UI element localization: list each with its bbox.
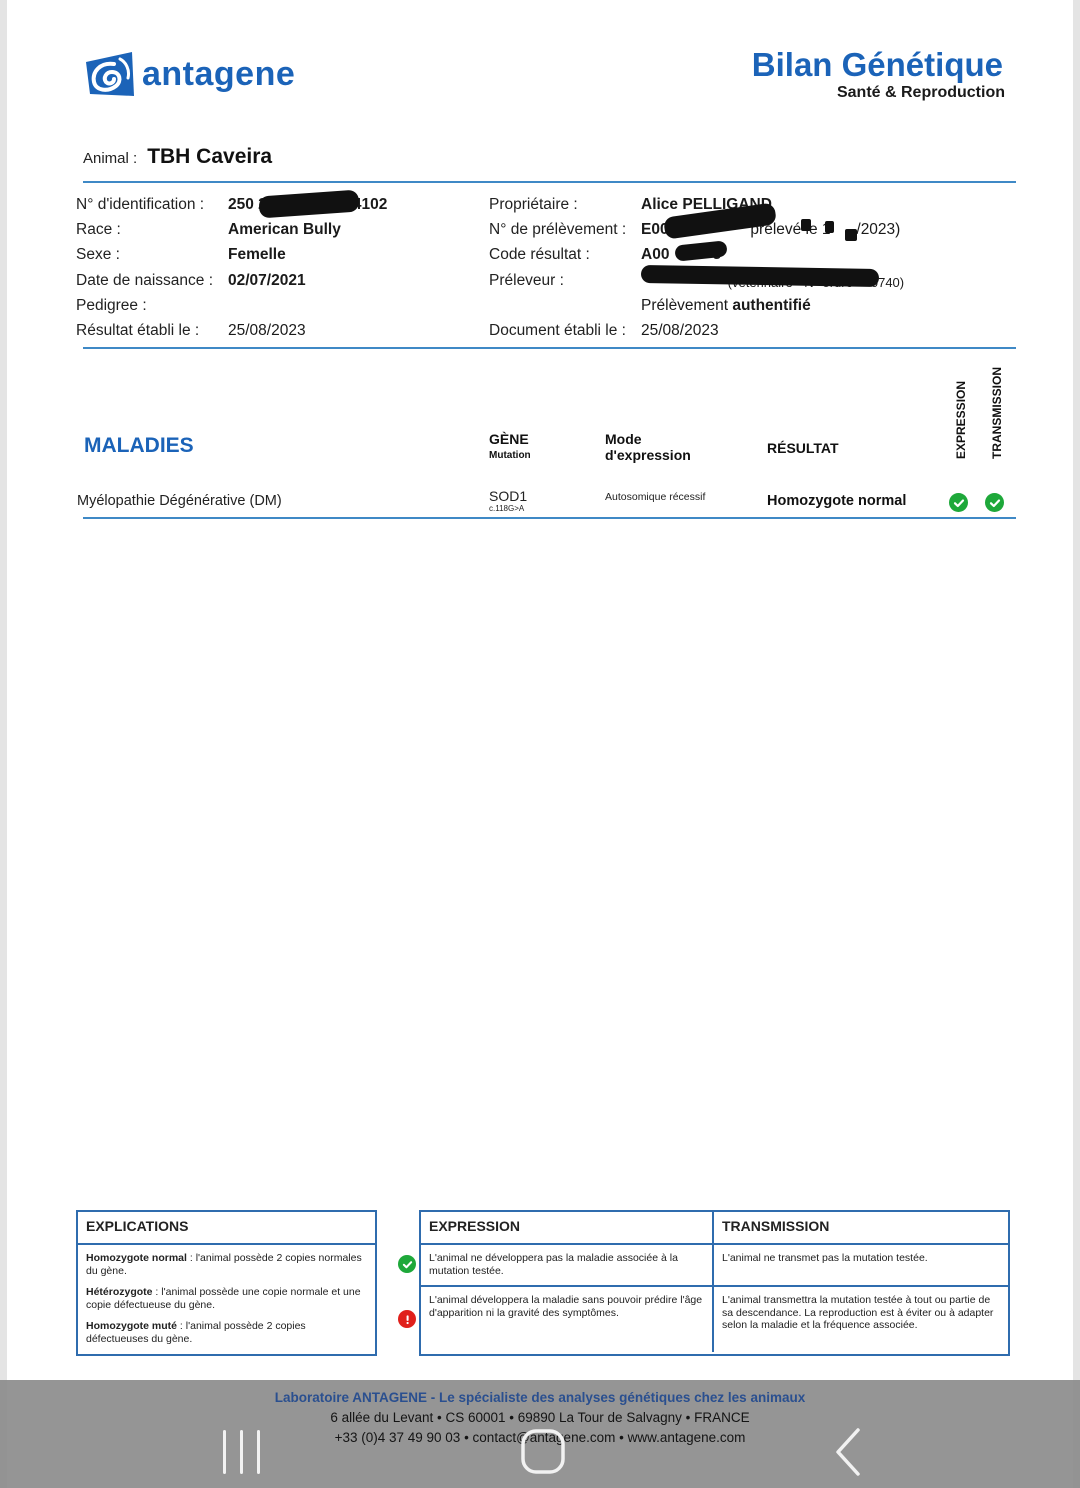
exclamation-circle-icon <box>398 1310 416 1328</box>
divider <box>83 181 1016 183</box>
info-label: Pedigree : <box>76 293 228 318</box>
info-label: Propriétaire : <box>489 192 641 217</box>
authenticated-badge: authentifié <box>732 297 810 314</box>
info-label: Code résultat : <box>489 242 641 267</box>
info-value: 25/08/2023 <box>641 318 719 343</box>
expression-transmission-box: EXPRESSION TRANSMISSION L'animal ne déve… <box>419 1210 1010 1356</box>
redaction-mark <box>801 219 811 231</box>
explications-box: EXPLICATIONS Homozygote normal : l'anima… <box>76 1210 377 1356</box>
info-row-race: Race : American Bully <box>76 217 387 242</box>
redaction-mark <box>825 221 834 233</box>
header-mode: Mode d'expression <box>605 431 691 463</box>
info-row-birthdate: Date de naissance : 02/07/2021 <box>76 268 387 293</box>
info-label: N° d'identification : <box>76 192 228 217</box>
antagene-logo: antagene <box>84 50 295 98</box>
animal-name: TBH Caveira <box>147 145 272 169</box>
explications-title: EXPLICATIONS <box>78 1212 375 1245</box>
antagene-logo-icon <box>84 50 136 98</box>
transmission-ok-text: L'animal ne transmet pas la mutation tes… <box>714 1245 1008 1287</box>
header-transmission: TRANSMISSION <box>990 367 1004 459</box>
info-label: Préleveur : <box>489 268 641 293</box>
transmission-warn-text: L'animal transmettra la mutation testée … <box>714 1287 1008 1352</box>
header-expression: EXPRESSION <box>954 381 968 459</box>
info-value: Femelle <box>228 242 286 267</box>
redaction-mark <box>845 229 857 241</box>
info-label: Date de naissance : <box>76 268 228 293</box>
document-title: Bilan Génétique Santé & Reproduction <box>752 46 1003 102</box>
expression-warn-text: L'animal développera la maladie sans pou… <box>421 1287 714 1352</box>
info-value: 25/08/2023 <box>228 318 306 343</box>
info-value: Prélèvement authentifié <box>641 293 811 318</box>
recent-apps-icon[interactable] <box>218 1428 266 1476</box>
back-icon[interactable] <box>828 1428 868 1476</box>
info-left: N° d'identification : 250 2 4102 Race : … <box>76 192 387 343</box>
info-label: N° de prélèvement : <box>489 217 641 242</box>
check-circle-icon <box>949 493 968 512</box>
info-row-pedigree: Pedigree : <box>76 293 387 318</box>
footer-tagline: Laboratoire ANTAGENE - Le spécialiste de… <box>0 1388 1080 1408</box>
result-value: Homozygote normal <box>767 493 906 509</box>
info-label: Document établi le : <box>489 318 641 343</box>
explication-item: Homozygote muté : l'animal possède 2 cop… <box>86 1320 367 1345</box>
expression-ok-text: L'animal ne développera pas la maladie a… <box>421 1245 714 1287</box>
info-row-document-date: Document établi le : 25/08/2023 <box>489 318 904 343</box>
logo-text: antagene <box>142 55 295 94</box>
info-value: 02/07/2021 <box>228 268 306 293</box>
divider <box>83 517 1016 519</box>
disease-name: Myélopathie Dégénérative (DM) <box>77 493 282 509</box>
animal-label: Animal : <box>83 150 137 167</box>
home-icon[interactable] <box>518 1428 568 1476</box>
info-label: Race : <box>76 217 228 242</box>
check-circle-icon <box>985 493 1004 512</box>
animal-row: Animal : TBH Caveira <box>83 145 272 169</box>
title-main: Bilan Génétique <box>752 46 1003 84</box>
document-page: antagene Bilan Génétique Santé & Reprodu… <box>7 0 1073 1488</box>
header-gene: GÈNE Mutation <box>489 431 531 461</box>
mutation-code: c.118G>A <box>489 504 524 513</box>
footer-address: 6 allée du Levant • CS 60001 • 69890 La … <box>0 1408 1080 1428</box>
explications-body: Homozygote normal : l'animal possède 2 c… <box>78 1245 375 1362</box>
divider <box>83 347 1016 349</box>
expression-title: EXPRESSION <box>421 1212 714 1245</box>
header-mutation: Mutation <box>489 450 531 461</box>
info-value: American Bully <box>228 217 341 242</box>
info-label <box>489 293 641 318</box>
info-label: Sexe : <box>76 242 228 267</box>
explication-item: Hétérozygote : l'animal possède une copi… <box>86 1286 367 1311</box>
explication-item: Homozygote normal : l'animal possède 2 c… <box>86 1252 367 1277</box>
mode-expression: Autosomique récessif <box>605 491 705 503</box>
info-row-result-date: Résultat établi le : 25/08/2023 <box>76 318 387 343</box>
transmission-title: TRANSMISSION <box>714 1212 1008 1245</box>
info-row-authenticated: Prélèvement authentifié <box>489 293 904 318</box>
title-subtitle: Santé & Reproduction <box>752 84 1005 102</box>
info-label: Résultat établi le : <box>76 318 228 343</box>
info-row-sexe: Sexe : Femelle <box>76 242 387 267</box>
gene-name: SOD1 <box>489 488 527 504</box>
maladies-title: MALADIES <box>84 434 194 458</box>
check-circle-icon <box>398 1255 416 1273</box>
header-result: RÉSULTAT <box>767 440 839 456</box>
